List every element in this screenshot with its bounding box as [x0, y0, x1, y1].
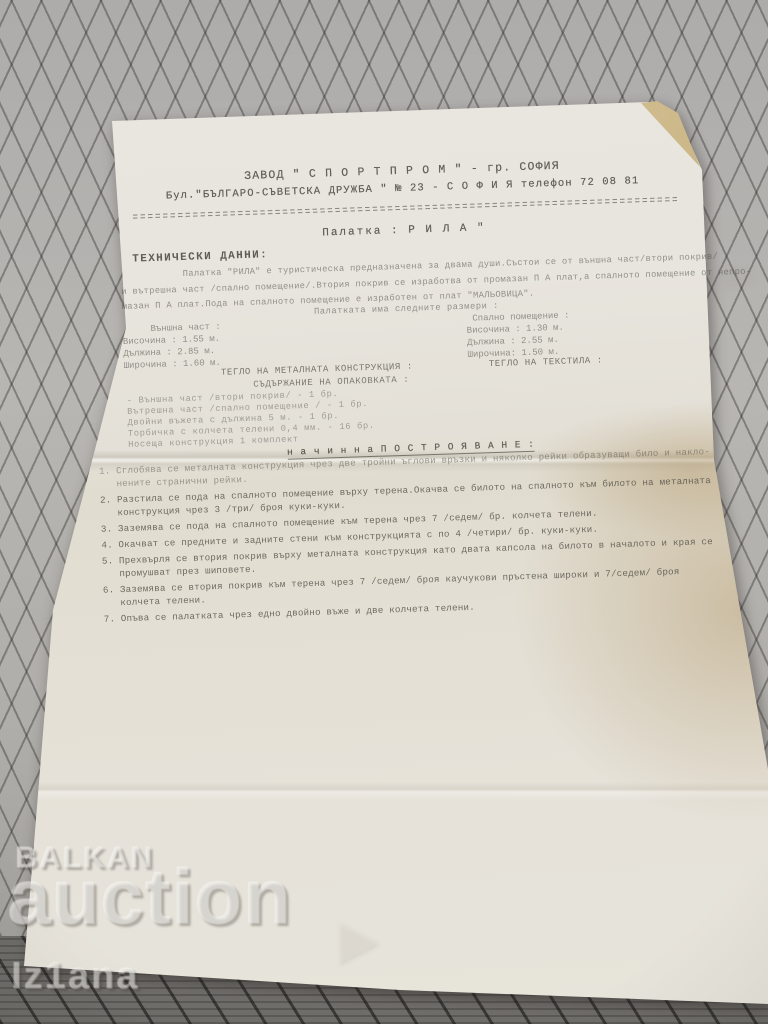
- step-number: 5.: [102, 554, 119, 568]
- step-number: 4.: [101, 538, 118, 552]
- step-number: 6.: [103, 583, 120, 597]
- step-number: 7.: [104, 612, 121, 626]
- step-number: 1.: [99, 464, 116, 478]
- watermark-play-icon: [338, 922, 378, 964]
- assembly-steps: 1.Сглобява се металната конструкция чрез…: [99, 445, 729, 629]
- document-title: Палатка : Р И Л А ": [91, 215, 716, 247]
- dimension-row: Широчина : 1.60 м.: [123, 357, 222, 372]
- watermark-iz1ana: Iz1ana: [12, 956, 140, 999]
- packing-list: - Външна част /втори покрив/ - 1 бр. Вът…: [127, 388, 376, 451]
- packing-heading: СЪДЪРЖАНИЕ НА ОПАКОВКАТА :: [253, 375, 409, 390]
- watermark-auction: auction: [8, 852, 292, 943]
- outer-dimensions: Външна част : Височина : 1.55 м. Дължина…: [122, 321, 222, 372]
- step-number: 2.: [100, 493, 117, 507]
- inner-dimensions: Спално помещение : Височина : 1.30 м. Дъ…: [466, 310, 571, 361]
- tech-data-heading: ТЕХНИЧЕСКИ ДАННИ:: [132, 249, 268, 265]
- step-number: 3.: [101, 522, 118, 536]
- document-content: ЗАВОД " С П О Р Т П Р О М " - гр. СОФИЯ …: [87, 89, 730, 669]
